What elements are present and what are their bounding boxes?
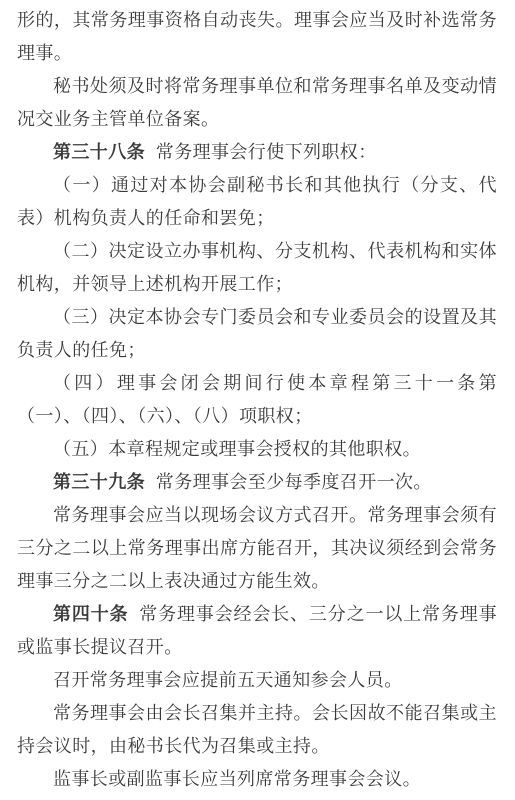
paragraph-text: 秘书处须及时将常务理事单位和常务理事名单及变动情况交业务主管单位备案。 xyxy=(17,76,497,129)
paragraph-text: 常务理事会行使下列职权： xyxy=(156,142,377,162)
article-number: 第四十条 xyxy=(53,604,128,624)
paragraph: 第四十条常务理事会经会长、三分之一以上常务理事或监事长提议召开。 xyxy=(17,598,497,664)
paragraph-text: 常务理事会由会长召集并主持。会长因故不能召集或主持会议时，由秘书长代为召集或主持… xyxy=(17,703,497,756)
paragraph-text: （一）通过对本协会副秘书长和其他执行（分支、代表）机构负责人的任命和罢免； xyxy=(17,175,497,228)
document-page: 形的，其常务理事资格自动丧失。理事会应当及时补选常务理事。 秘书处须及时将常务理… xyxy=(0,0,515,800)
article-number: 第三十八条 xyxy=(53,142,145,162)
paragraph: （二）决定设立办事机构、分支机构、代表机构和实体机构，并领导上述机构开展工作； xyxy=(17,235,497,301)
paragraph: 秘书处须及时将常务理事单位和常务理事名单及变动情况交业务主管单位备案。 xyxy=(17,70,497,136)
paragraph: 召开常务理事会应提前五天通知参会人员。 xyxy=(17,664,497,697)
paragraph-text: 召开常务理事会应提前五天通知参会人员。 xyxy=(53,670,403,690)
paragraph-text: 常务理事会应当以现场会议方式召开。常务理事会须有三分之二以上常务理事出席方能召开… xyxy=(17,505,497,591)
paragraph: （三）决定本协会专门委员会和专业委员会的设置及其负责人的任免； xyxy=(17,301,497,367)
paragraph-text: （四）理事会闭会期间行使本章程第三十一条第（一）、（四）、（六）、（八）项职权； xyxy=(17,373,497,426)
paragraph-text: （二）决定设立办事机构、分支机构、代表机构和实体机构，并领导上述机构开展工作； xyxy=(17,241,497,294)
article-number: 第三十九条 xyxy=(53,472,145,492)
paragraph: 形的，其常务理事资格自动丧失。理事会应当及时补选常务理事。 xyxy=(17,4,497,70)
paragraph: 监事长或副监事长应当列席常务理事会会议。 xyxy=(17,763,497,796)
paragraph-text: （三）决定本协会专门委员会和专业委员会的设置及其负责人的任免； xyxy=(17,307,497,360)
paragraph-text: （五）本章程规定或理事会授权的其他职权。 xyxy=(53,439,421,459)
paragraph: （四）理事会闭会期间行使本章程第三十一条第（一）、（四）、（六）、（八）项职权； xyxy=(17,367,497,433)
paragraph: （一）通过对本协会副秘书长和其他执行（分支、代表）机构负责人的任命和罢免； xyxy=(17,169,497,235)
paragraph: 第三十九条常务理事会至少每季度召开一次。 xyxy=(17,466,497,499)
paragraph: （五）本章程规定或理事会授权的其他职权。 xyxy=(17,433,497,466)
paragraph: 第三十八条常务理事会行使下列职权： xyxy=(17,136,497,169)
paragraph-text: 监事长或副监事长应当列席常务理事会会议。 xyxy=(53,769,421,789)
paragraph-text: 形的，其常务理事资格自动丧失。理事会应当及时补选常务理事。 xyxy=(17,10,497,63)
paragraph-text: 常务理事会至少每季度召开一次。 xyxy=(156,472,432,492)
paragraph: 常务理事会由会长召集并主持。会长因故不能召集或主持会议时，由秘书长代为召集或主持… xyxy=(17,697,497,763)
paragraph: 常务理事会应当以现场会议方式召开。常务理事会须有三分之二以上常务理事出席方能召开… xyxy=(17,499,497,598)
